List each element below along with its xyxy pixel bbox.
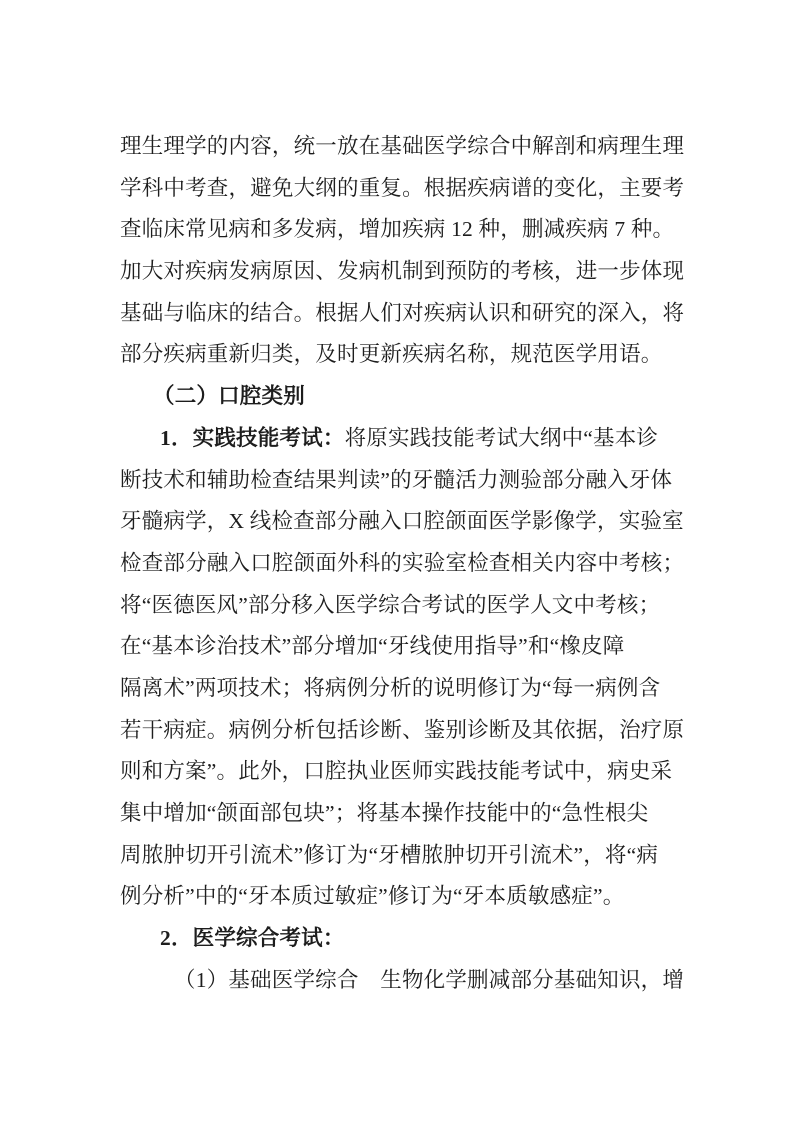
text-line: 理生理学的内容，统一放在基础医学综合中解剖和病理生理 — [120, 126, 686, 168]
text-run: 若干病症。病例分析包括诊断、鉴别诊断及其依据，治疗原 — [120, 718, 684, 742]
text-line: 基础与临床的结合。根据人们对疾病认识和研究的深入，将 — [120, 293, 686, 335]
subsection-heading: 2．医学综合考试： — [120, 918, 686, 960]
text-line: 牙髓病学，X 线检查部分融入口腔颌面医学影像学，实验室 — [120, 501, 686, 543]
text-line: 1．实践技能考试：将原实践技能考试大纲中“基本诊 — [120, 418, 686, 460]
text-line: （1）基础医学综合 生物化学删减部分基础知识，增 — [120, 960, 686, 1002]
text-run: 基础与临床的结合。根据人们对疾病认识和研究的深入，将 — [120, 301, 684, 325]
text-run: 学科中考查，避免大纲的重复。根据疾病谱的变化，主要考 — [120, 176, 684, 200]
heading-run: 1．实践技能考试： — [160, 426, 345, 450]
text-line: 集中增加“颌面部包块”；将基本操作技能中的“急性根尖 — [120, 793, 686, 835]
text-line: 将“医德医风”部分移入医学综合考试的医学人文中考核； — [120, 585, 686, 627]
text-run: 将原实践技能考试大纲中“基本诊 — [345, 426, 659, 450]
text-line: 周脓肿切开引流术”修订为“牙槽脓肿切开引流术”，将“病 — [120, 835, 686, 877]
text-line: 部分疾病重新归类，及时更新疾病名称，规范医学用语。 — [120, 334, 686, 376]
text-line: 则和方案”。此外，口腔执业医师实践技能考试中，病史采 — [120, 751, 686, 793]
section-heading: （二）口腔类别 — [120, 376, 686, 418]
text-run: 断技术和辅助检查结果判读”的牙髓活力测验部分融入牙体 — [120, 468, 672, 492]
heading-run: 2．医学综合考试： — [160, 926, 345, 950]
document-page: 理生理学的内容，统一放在基础医学综合中解剖和病理生理 学科中考查，避免大纲的重复… — [0, 0, 793, 1122]
text-run: 查临床常见病和多发病，增加疾病 12 种，删减疾病 7 种。 — [120, 217, 674, 241]
text-run: 部分疾病重新归类，及时更新疾病名称，规范医学用语。 — [120, 342, 663, 366]
text-run: 则和方案”。此外，口腔执业医师实践技能考试中，病史采 — [120, 759, 672, 783]
text-line: 例分析”中的“牙本质过敏症”修订为“牙本质敏感症”。 — [120, 876, 686, 918]
text-line: 检查部分融入口腔颌面外科的实验室检查相关内容中考核； — [120, 543, 686, 585]
text-run: 加大对疾病发病原因、发病机制到预防的考核，进一步体现 — [120, 259, 684, 283]
text-run: 例分析”中的“牙本质过敏症”修订为“牙本质敏感症”。 — [120, 884, 624, 908]
text-line: 查临床常见病和多发病，增加疾病 12 种，删减疾病 7 种。 — [120, 209, 686, 251]
text-line: 隔离术”两项技术；将病例分析的说明修订为“每一病例含 — [120, 668, 686, 710]
text-line: 断技术和辅助检查结果判读”的牙髓活力测验部分融入牙体 — [120, 460, 686, 502]
text-run: 在“基本诊治技术”部分增加“牙线使用指导”和“橡皮障 — [120, 634, 624, 658]
text-run: 集中增加“颌面部包块”；将基本操作技能中的“急性根尖 — [120, 801, 648, 825]
text-run: 周脓肿切开引流术”修订为“牙槽脓肿切开引流术”，将“病 — [120, 843, 658, 867]
text-run: 隔离术”两项技术；将病例分析的说明修订为“每一病例含 — [120, 676, 660, 700]
text-line: 学科中考查，避免大纲的重复。根据疾病谱的变化，主要考 — [120, 168, 686, 210]
text-run: 牙髓病学，X 线检查部分融入口腔颌面医学影像学，实验室 — [120, 509, 684, 533]
text-run: 将“医德医风”部分移入医学综合考试的医学人文中考核； — [120, 593, 660, 617]
text-block: 理生理学的内容，统一放在基础医学综合中解剖和病理生理 学科中考查，避免大纲的重复… — [120, 126, 686, 1001]
text-line: 在“基本诊治技术”部分增加“牙线使用指导”和“橡皮障 — [120, 626, 686, 668]
text-run: 理生理学的内容，统一放在基础医学综合中解剖和病理生理 — [120, 134, 684, 158]
text-run: （1）基础医学综合 生物化学删减部分基础知识，增 — [174, 968, 684, 992]
heading-run: （二）口腔类别 — [153, 384, 305, 408]
text-line: 加大对疾病发病原因、发病机制到预防的考核，进一步体现 — [120, 251, 686, 293]
text-run: 检查部分融入口腔颌面外科的实验室检查相关内容中考核； — [120, 551, 684, 575]
text-line: 若干病症。病例分析包括诊断、鉴别诊断及其依据，治疗原 — [120, 710, 686, 752]
